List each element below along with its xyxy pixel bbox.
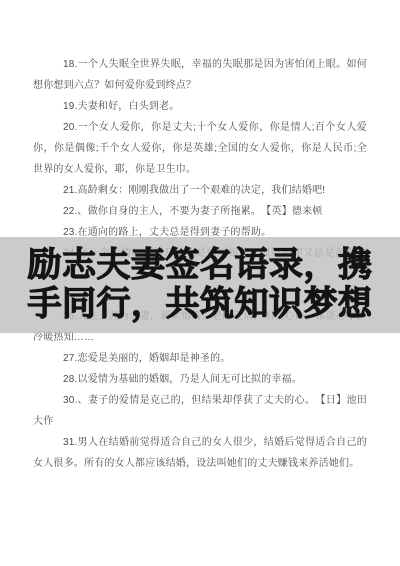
quote-item: 20.一个女人爱你，你是丈夫;十个女人爱你，你是情人;百个女人爱你，你是偶像;千… [33,117,367,180]
quote-item: 22.、做你自身的主人，不要为妻子所拖累。 【英】德来顿 [33,201,367,222]
quote-item: 27.恋爱是美丽的，婚姻却是神圣的。 [33,348,367,369]
page-title: 励志夫妻签名语录，携 手同行，共筑知识梦想 [0,246,400,324]
quote-item: 31.男人在结婚前觉得适合自己的女人很少，结婚后觉得适合自己的女人很多。所有的女… [33,432,367,474]
quote-item: 21.高龄剩女：刚刚我做出了一个艰难的决定，我们结婚吧! [33,180,367,201]
quote-item: 30.、妻子的爱情是克己的，但结果却俘获了丈夫的心。 【日】池田大作 [33,390,367,432]
quote-item: 28.以爱情为基础的婚姻，乃是人间无可比拟的幸福。 [33,369,367,390]
page-title-line-2: 手同行，共筑知识梦想 [0,285,400,324]
quote-item: 19.夫妻和好，白头到老。 [33,96,367,117]
title-overlay-band: 励志夫妻签名语录，携 手同行，共筑知识梦想 [0,237,400,333]
page-title-line-1: 励志夫妻签名语录，携 [0,246,400,285]
quote-item: 18.一个人失眠全世界失眠，幸福的失眠那是因为害怕闭上眼。如何想你想到六点？如何… [33,54,367,96]
document-page: 18.一个人失眠全世界失眠，幸福的失眠那是因为害怕闭上眼。如何想你想到六点？如何… [0,0,400,566]
